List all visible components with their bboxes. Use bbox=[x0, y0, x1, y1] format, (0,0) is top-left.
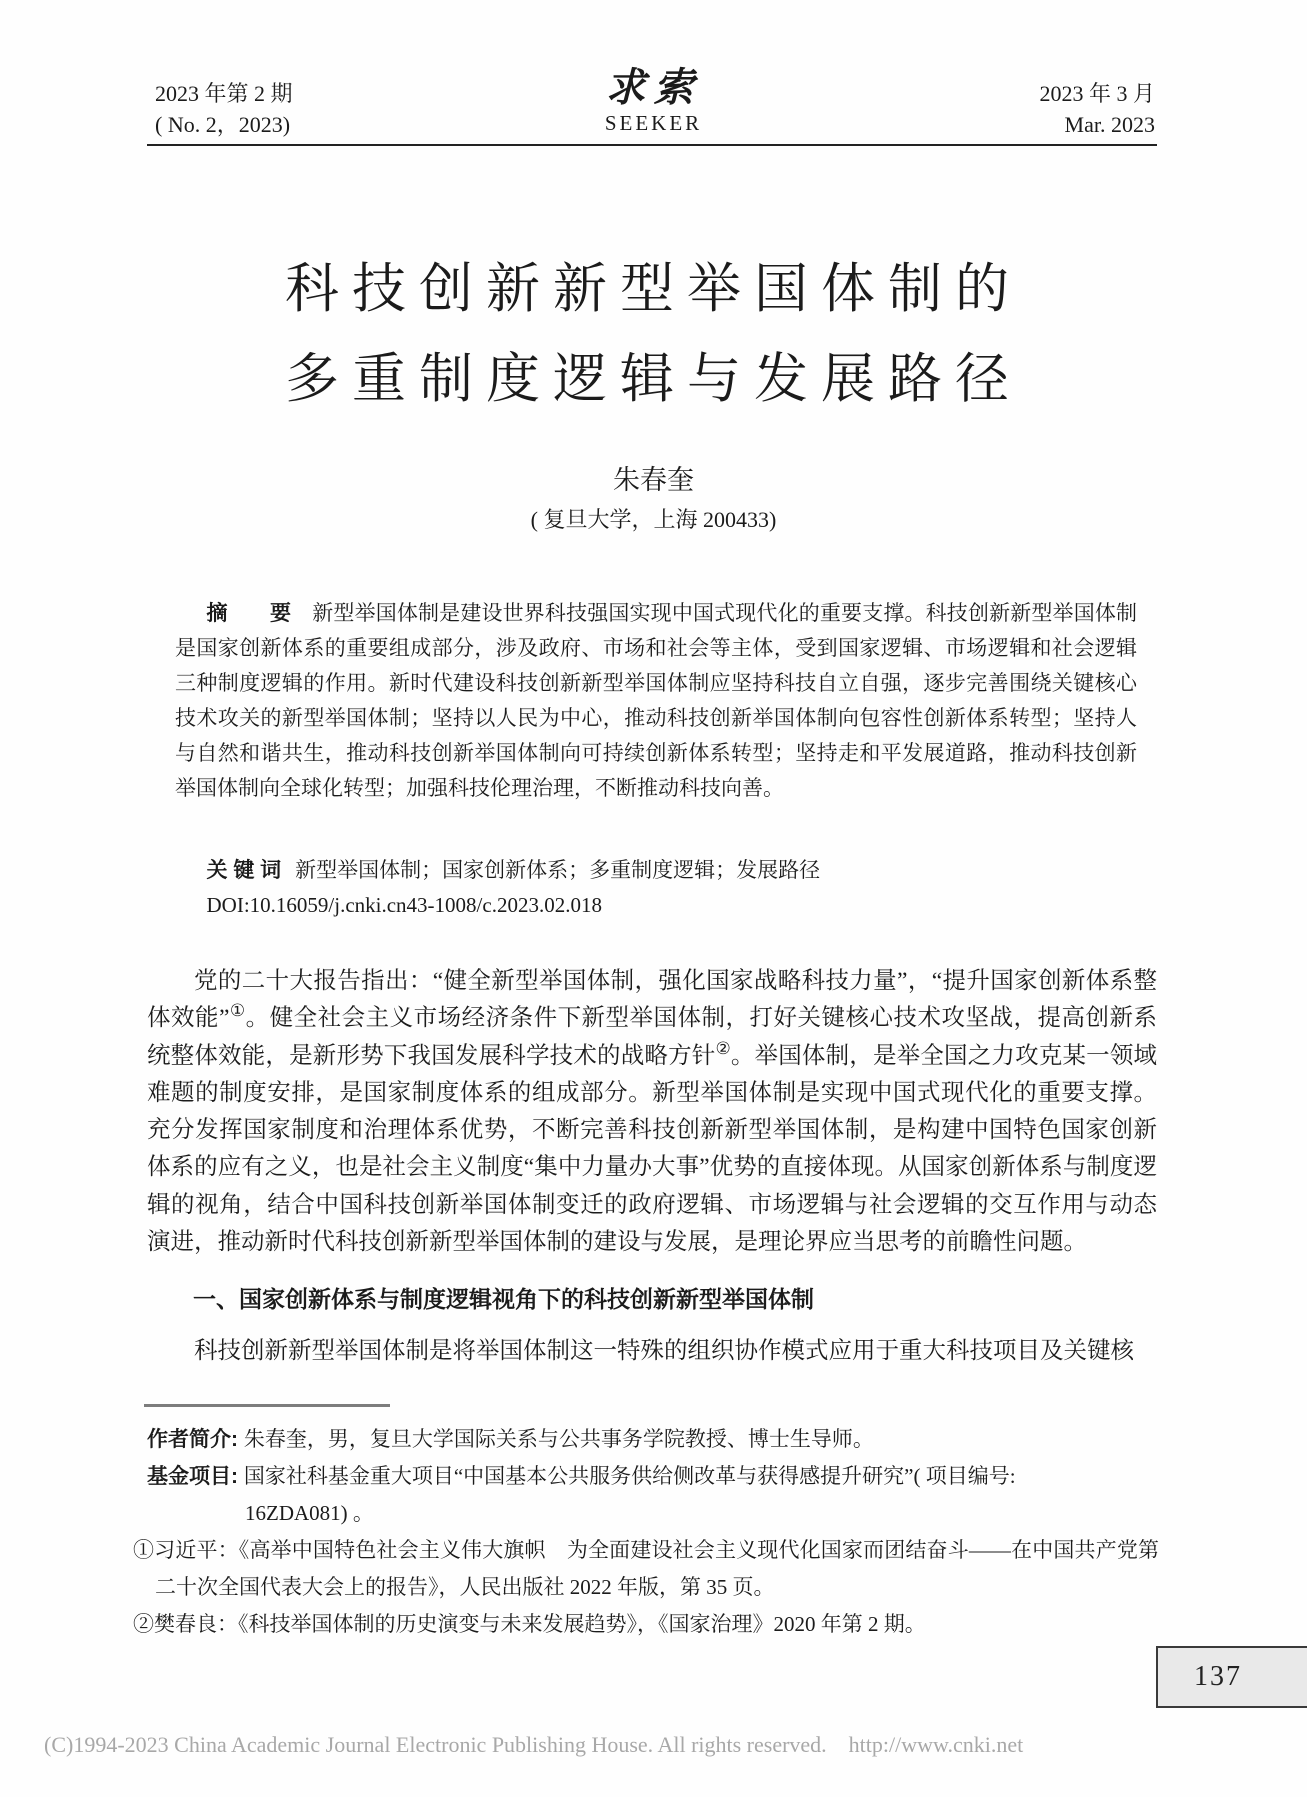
author-affiliation: ( 复旦大学，上海 200433) bbox=[0, 503, 1307, 534]
keywords: 关 键 词新型举国体制；国家创新体系；多重制度逻辑；发展路径 bbox=[175, 854, 1137, 884]
doi: DOI:10.16059/j.cnki.cn43-1008/c.2023.02.… bbox=[175, 893, 1137, 918]
copyright-footer: (C)1994-2023 China Academic Journal Elec… bbox=[44, 1732, 1023, 1758]
page-number: 137 bbox=[1158, 1661, 1242, 1693]
keywords-text: 新型举国体制；国家创新体系；多重制度逻辑；发展路径 bbox=[295, 858, 820, 882]
fund-text-line2: 16ZDA081) 。 bbox=[245, 1495, 374, 1532]
author-bio-label: 作者简介: bbox=[147, 1428, 244, 1451]
journal-page: 2023 年第 2 期 ( No. 2，2023) 求索 SEEKER 2023… bbox=[0, 0, 1307, 1797]
date-en: Mar. 2023 bbox=[1039, 109, 1155, 140]
article-title-line2: 多重制度逻辑与发展路径 bbox=[0, 334, 1307, 424]
body-paragraph-2: 科技创新新型举国体制是将举国体制这一特殊的组织协作模式应用于重大科技项目及关键核 bbox=[147, 1333, 1157, 1370]
footnote-1: ①习近平：《高举中国特色社会主义伟大旗帜 为全面建设社会主义现代化国家而团结奋斗… bbox=[133, 1532, 1159, 1606]
abstract-label: 摘 要 bbox=[207, 602, 292, 625]
abstract: 摘 要 新型举国体制是建设世界科技强国实现中国式现代化的重要支撑。科技创新新型举… bbox=[175, 596, 1137, 806]
footnote-separator bbox=[144, 1404, 390, 1407]
article-title-line1: 科技创新新型举国体制的 bbox=[0, 244, 1307, 334]
author-bio-text: 朱春奎，男，复旦大学国际关系与公共事务学院教授、博士生导师。 bbox=[244, 1427, 874, 1451]
body-paragraph-1: 党的二十大报告指出：“健全新型举国体制，强化国家战略科技力量”，“提升国家创新体… bbox=[147, 963, 1157, 1261]
author-bio: 作者简介: 朱春奎，男，复旦大学国际关系与公共事务学院教授、博士生导师。 bbox=[147, 1421, 1159, 1458]
section-heading-1: 一、国家创新体系与制度逻辑视角下的科技创新新型举国体制 bbox=[147, 1281, 1157, 1314]
page-number-box: 137 bbox=[1156, 1646, 1307, 1708]
fund-label: 基金项目: bbox=[147, 1465, 244, 1488]
fund-text-line1: 国家社科基金重大项目“中国基本公共服务供给侧改革与获得感提升研究”( 项目编号: bbox=[244, 1464, 1016, 1488]
keywords-label: 关 键 词 bbox=[207, 859, 296, 882]
abstract-text: 新型举国体制是建设世界科技强国实现中国式现代化的重要支撑。科技创新新型举国体制是… bbox=[175, 601, 1137, 800]
article-title: 科技创新新型举国体制的 多重制度逻辑与发展路径 bbox=[0, 244, 1307, 424]
date-info: 2023 年 3 月 Mar. 2023 bbox=[1039, 78, 1155, 140]
footnote-block: 作者简介: 朱春奎，男，复旦大学国际关系与公共事务学院教授、博士生导师。 基金项… bbox=[147, 1421, 1159, 1643]
fund-project: 基金项目: 国家社科基金重大项目“中国基本公共服务供给侧改革与获得感提升研究”(… bbox=[147, 1458, 1159, 1532]
author-name: 朱春奎 bbox=[0, 458, 1307, 497]
header-rule bbox=[147, 144, 1157, 146]
footnote-2: ②樊春良：《科技举国体制的历史演变与未来发展趋势》，《国家治理》2020 年第 … bbox=[133, 1606, 1159, 1643]
date-cn: 2023 年 3 月 bbox=[1039, 78, 1155, 109]
